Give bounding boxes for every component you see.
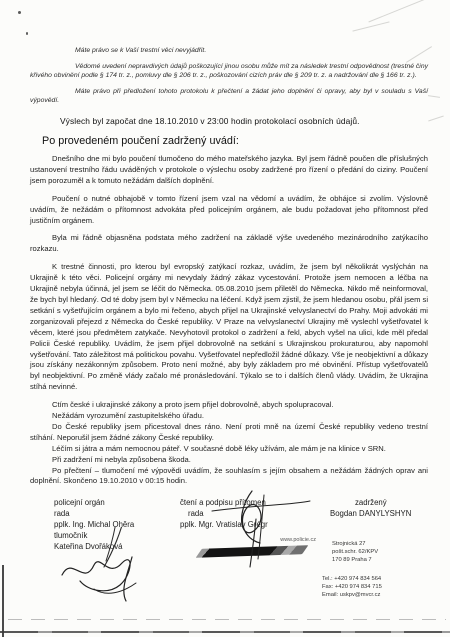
scan-line-artifact	[0, 631, 450, 633]
scan-smudge	[368, 0, 435, 22]
signer-name: Bogdan DANYLYSHYN	[330, 508, 425, 519]
office-address: Strojnická 27 pošt.schr. 62/KPV 170 89 P…	[332, 540, 378, 564]
statement-line: Do České republiky jsem přicestoval dnes…	[30, 422, 428, 444]
signer-rank: rada	[180, 508, 330, 519]
signer-role: policejní orgán	[54, 497, 180, 508]
black-stamp-bar	[196, 546, 309, 559]
rights-notice-line: Vědomé uvedení nepravdivých údajů poškoz…	[30, 62, 428, 80]
signer-name: pplk. Ing. Michal Ohěra	[54, 519, 180, 530]
statement-line: Při zadržení mi nebyla způsobena škoda.	[30, 455, 428, 466]
scan-edge-artifact	[2, 565, 4, 637]
signer-role: zadržený	[330, 497, 425, 508]
body-paragraph: Dnešního dne mi bylo poučení tlumočeno d…	[30, 154, 428, 187]
scan-line-artifact	[8, 619, 446, 620]
signer-name: Kateřina Dvořáková	[54, 541, 180, 552]
body-paragraph: Byla mi řádně objasněna podstata mého za…	[30, 233, 428, 255]
signer-rank: rada	[54, 508, 180, 519]
statement-line: Léčím si játra a mám nemocnou páteř. V s…	[30, 444, 428, 455]
scanned-protocol-page: Máte právo se k Vaší trestní věci nevyjá…	[0, 0, 450, 637]
body-paragraph: K trestné činnosti, pro kterou byl evrop…	[30, 262, 428, 393]
scan-speck	[18, 11, 21, 14]
document-body: Máte právo se k Vaší trestní věci nevyjá…	[30, 46, 428, 556]
signer-role: čtení a podpisu přítomen	[180, 497, 330, 508]
address-line: Strojnická 27	[332, 540, 378, 548]
contact-line: Email: uskpv@mvcr.cz	[322, 591, 382, 599]
scan-smudge	[428, 95, 440, 98]
body-paragraph: Poučení o nutné obhajobě v tomto řízení …	[30, 194, 428, 227]
rights-notice-line: Máte právo při předložení tohoto protoko…	[30, 87, 428, 105]
scan-speck	[26, 32, 28, 35]
contact-line: Fax: +420 974 834 715	[322, 583, 382, 591]
scan-smudge	[352, 21, 389, 31]
address-line: pošt.schr. 62/KPV	[332, 548, 378, 556]
scan-smudge	[428, 116, 444, 122]
section-heading: Po provedeném poučení zadržený uvádí:	[42, 135, 428, 148]
contact-line: Tel.: +420 974 834 564	[322, 575, 382, 583]
statement-line: Ctím české i ukrajinské zákony a proto j…	[30, 400, 428, 411]
statement-line: Po přečtení – tlumočení mé výpovědi uvád…	[30, 466, 428, 488]
opening-statement: Výslech byl započat dne 18.10.2010 v 23:…	[30, 116, 428, 127]
address-line: 170 89 Praha 7	[332, 556, 378, 564]
signature-column-police: policejní orgán rada pplk. Ing. Michal O…	[30, 497, 180, 556]
statement-line: Nežádám vyrozumění zastupitelského úřadu…	[30, 411, 428, 422]
office-contacts: Tel.: +420 974 834 564 Fax: +420 974 834…	[322, 575, 382, 599]
signer-name: pplk. Mgr. Vratislav Grégr	[180, 519, 330, 530]
signature-column-witness: čtení a podpisu přítomen rada pplk. Mgr.…	[180, 497, 330, 556]
signer-role: tlumočník	[54, 530, 180, 541]
rights-notice-line: Máte právo se k Vaší trestní věci nevyjá…	[30, 46, 428, 55]
